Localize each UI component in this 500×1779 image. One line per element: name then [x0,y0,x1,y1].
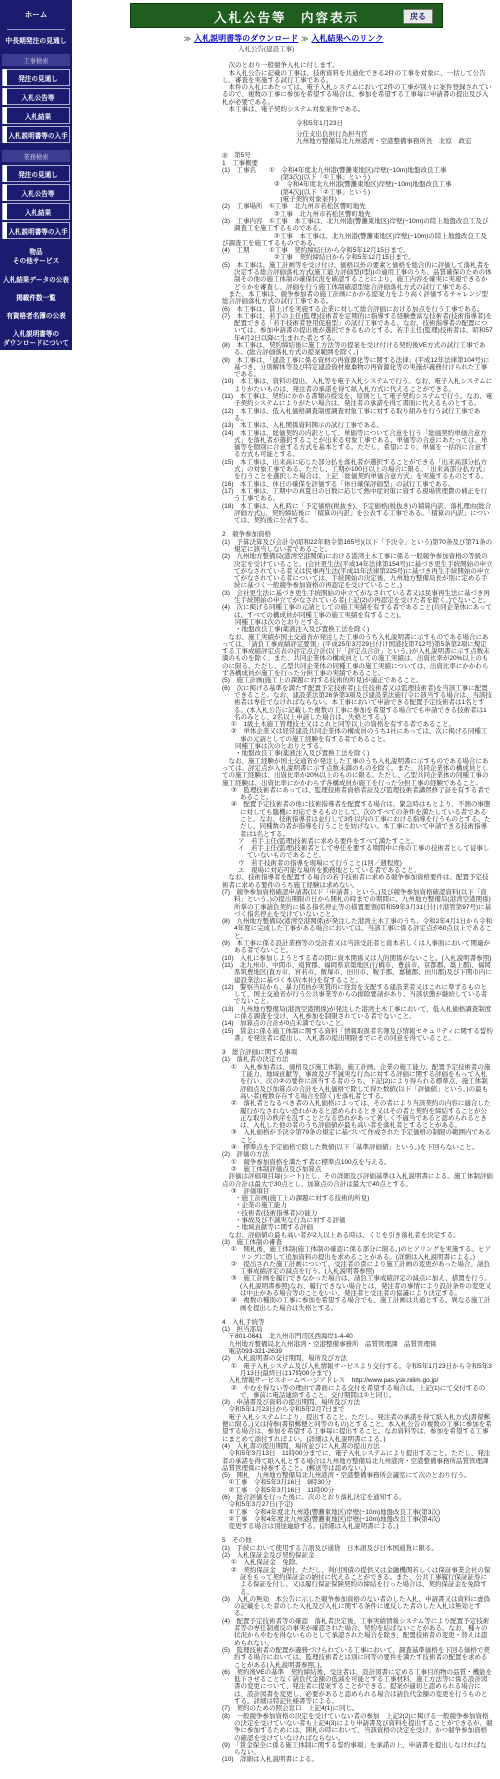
document-line: ① 開札後、施工体制(施工体制の確認に係る部分に限る。)のヒアリングを実施する。… [222,1246,493,1261]
document-line: 分任支出負担行為担当官 [296,131,493,138]
document-line: ②工事 契約締結日から令和5年12月15日まで。 [222,254,493,261]
document-spacer [222,145,493,152]
document-body: 次のとおり一般競争入札に付します。 本入札公告に記載の工事は、技術資料を共通化で… [222,62,493,1763]
document-line: (3) 入札の無効 本公告に示した競争参加資格のない者のした入札、申請書又は資料… [222,1596,493,1618]
document-line: (11) 北九州市、中間市、遠賀郡、福岡県京築地区(行橋市、豊前市、京都郡、築上… [222,962,493,984]
document-line: 令和5年1月23日 [296,120,493,127]
document-line: (10) 本工事は、資料の提出、入札等を電子入札システムで行う。なお、電子入札シ… [222,378,493,393]
document-line: (9) 本工事に係る設計業務等の受託者又は当該受託者と資本若しくは人事面において… [222,940,493,955]
document-line: また、本工事は、競争参加者の施工計画にかかる提案力をより高く評価するチャレンジ型… [222,291,493,306]
document-line: ① 入札保証金 免除。 [222,1559,493,1566]
sidebar-item-marker-icon [3,184,7,201]
document-line: (14) 本工事は、総価契約の内訳として、単価等について合意を行う「総価契約単価… [222,430,493,459]
document-line: (1) 予算決算及び会計令(昭和22年勅令第165号)(以下「予決令」という)第… [222,539,493,554]
document-line: (17) 本工事は、工期中の真夏日の日数に応じて熱中症対策に資する現場管理費の補… [222,488,493,503]
document-line: (16) 本工事は、休日の確保を評価する「休日確保評価型」の試行工事である。 [222,481,493,488]
sidebar-item-label: 入札説明書等の入手 [8,133,67,140]
document-line: (12) 警察当局から、暴力団員が実質的に経営を支配する建設業者又はこれに準ずる… [222,984,493,1006]
document-line: ・地域貢献等に関する評価 [222,1224,493,1231]
sidebar-section-header: 業務検索 [2,150,70,162]
document-line: (6) 本工事は、賃上げを実施する企業に対して総合評価における加点を行う工事であ… [222,306,493,313]
document-line: (1) 手続において使用する言語及び通貨 日本語及び日本国通貨に限る。 [222,1545,493,1552]
document-line: ② 提出された施工計画について、受注者の責により施工計画の変更があった場合、請負… [222,1261,493,1276]
document-line: ① 入札参加者は、価格及び施工体制、施工計画、企業の施工能力、配置予定技術者の施… [222,1064,493,1100]
document-line: (5) 監理技術者の配置が義務づけられている工事において、調査基準価格を下回る価… [222,1647,493,1669]
page: ホーム 中長期発注の見通し 工事検索発注の見通し入札公告等入札結果入札説明書等の… [0,0,500,1779]
sidebar-item[interactable]: 発注の見通し [2,165,70,182]
document-line: 本件の入札にあたっては、電子入札システムにおいて2件の工事が別々に案件登録されて… [222,84,493,106]
link-arrow-icon: ≫ [184,36,191,43]
document-line: (1) 落札者の決定方法 [222,1056,493,1063]
document-line: (14) 加算点の合計が0点未満でないこと。 [222,1020,493,1027]
sidebar-item-label: 発注の見通し [18,172,58,179]
document-line: ①工事 令和5年3月16日 9時30分 [222,1479,493,1486]
document-line: (12) 本工事は、低入札価格調査制度調査対象工事に対する取り組みを行う試行工事… [222,408,493,423]
sidebar-item[interactable]: 入札公告等 [2,184,70,201]
sidebar-link[interactable]: 入札結果データの公表 [1,276,71,285]
quick-links: ≫入札説明書等のダウンロード≫入札結果へのリンク [72,33,492,44]
document-line: (2) 工事場所 ①工事 北九州市若松区響町地先 [222,203,493,210]
document-line: (15) 賃金に係る施工体制に関する資料「情報取扱者名簿及び情報セキュリティに関… [222,1028,493,1043]
document-heading: 入札公告(建設工事) [238,46,493,53]
sidebar-item-label: 入札公告等 [22,95,55,102]
document-line: なお、施工実績が国土交通省が発注した工事のうち入札説明書に示すものである場合にあ… [222,634,493,678]
sidebar-item-marker-icon [3,203,7,220]
sidebar-item[interactable]: 入札結果 [2,203,70,220]
quick-link[interactable]: 入札説明書等のダウンロード [194,34,298,43]
document-line: 変更する場合は別途連絡する。(詳細は入札説明書による。) [222,1523,493,1530]
document-line: ③ 施工計画を履行できなかった場合は、請負工事成績評定の減点に加え、措置を行う。… [222,1275,493,1297]
sidebar-section-header: 工事検索 [2,54,70,66]
document-line: 九州地方整備局北九州港湾・空港整備事務所 品質管理課 品質管理係 [222,1341,493,1348]
sidebar-groups: 工事検索発注の見通し入札公告等入札結果入札説明書等の入手業務検索発注の見通し入札… [0,54,72,239]
document-line: 入札情報サービスホームページアドレス http://www.pas.ysk.ni… [222,1377,493,1384]
document-line: (6) 契約後VEの基準 契約締結後、受注者は、設計図書に定める工事目的物の品質… [222,1669,493,1705]
document-line: 次のとおり一般競争入札に付します。 [222,62,493,69]
sidebar-item-midterm-outlook[interactable]: 中長期発注の見通し [1,37,71,46]
document-line: イ 若手主任(監理)技術者として専任を要する期間中に他の工事の技術者として従事し… [222,845,493,860]
sidebar-item-marker-icon [3,88,7,105]
document-spacer [222,1312,493,1319]
sidebar-item-marker-icon [3,165,7,182]
document-line: (2) 九州地方整備局(港湾空港関係)における港湾土木工事に係る一般競争参加資格… [222,553,493,589]
document-line: ・地盤改良工事(薬液注入及び置換工法を除く) [222,750,493,757]
document-line: ③ 入札価格が予決令第79条の規定に基づいて作成された予定価格の制限の範囲内であ… [222,1129,493,1144]
document-line: (5) 本工事は、施工計画等を受け付け、価格以外の要素と価格を総合的に評価して落… [222,262,493,291]
sidebar-item[interactable]: 入札説明書等の入手 [2,222,70,239]
document-line: (4) 次に掲げる同種工事の元請としての施工実績を有する者であること(共同企業体… [222,604,493,619]
document-line: ② 落札者となるべき者の入札価格によっては、その者により当該契約の内容に適合した… [222,1100,493,1129]
document-line: ・技術者(技術指導者)の能力 [222,1210,493,1217]
document-line: (2) 評価の方法 [222,1151,493,1158]
sidebar-item-label: 入札説明書等の入手 [8,229,67,236]
document-line: ② 単体企業又は経常建設共同企業体の構成員のうち1社にあっては、次に掲げる同種工… [222,728,493,743]
document-line: 令和5年1月23日から令和5年2月7日まで [222,1406,493,1413]
document-line: ④ 配置予定技術者の他に技術指導者を配置する場合は、緊急時はもとより、不測の事態… [222,801,493,837]
sidebar-item-label: 発注の見通し [18,76,58,83]
document-line: (4) 配置予定技術者等の確認 落札者決定後、工事実績情報システム等により配置予… [222,1618,493,1647]
document-line: 令和5年3月13日 11時00分までに、電子入札システムにより提出すること。ただ… [222,1450,493,1472]
document-line: ①工事 令和4年度北九州港(響灘東地区)岸壁(−10m)地盤改良工事(第3次) [222,1509,493,1516]
document-line: 電子入札システムにより、提出すること。ただし、発注者の承諾を得て紙入札方式(書留… [222,1414,493,1443]
sidebar-item[interactable]: 発注の見通し [2,69,70,86]
document-line: (9) 「賃金保全に係る施工体制に関する誓約事項」を承諾の上、申請書を提出しなけ… [222,1742,493,1757]
document-line: (第4次)(以下「②工事」という) [222,189,493,196]
document-line: ② 令和4年度北九州港(響灘東地区)岸壁(−10m)地盤改良工事 [222,181,493,188]
document-line: なお、技術指導者を配置する場合の若手技術者に求める競争参加資格要件は、配置予定技… [222,874,493,889]
sidebar-item-home[interactable]: ホーム [0,0,72,20]
document-line: (7) 競争参加資格確認申請書(以下「申請書」という。)及び競争参加資格確認資料… [222,889,493,918]
back-button[interactable]: 戻る [403,9,433,24]
sidebar-item-marker-icon [3,222,7,239]
document-line: (6) 次に掲げる基準を満たす配置予定技術者(主任技術者又は監理技術者)を当該工… [222,685,493,721]
document-line: 5 その他 [222,1537,493,1544]
document-line: 1 工事概要 [222,160,493,167]
document-line: (13) 九州地方整備局(港湾空港関係)が発注した港湾土木工事において、低入札価… [222,1006,493,1021]
document-line: ②工事 令和5年3月16日 11時00分 [222,1487,493,1494]
document-line: なお、施工経験が国土交通省が発注した工事のうち入札説明書に示すものである場合にあ… [222,758,493,787]
document-line: 2 競争参加資格 [222,531,493,538]
document-line: ④ 複数の種別の工事に参加を希望する場合でも、施工計画は共通とする。異なる施工計… [222,1297,493,1312]
sidebar-item[interactable]: 入札結果 [2,107,70,124]
sidebar-item[interactable]: 入札公告等 [2,88,70,105]
sidebar-item[interactable]: 入札説明書等の入手 [2,126,70,143]
document-line: ・地盤改良工事(薬液注入及び置換工法を除く) [222,626,493,633]
document-line: 4 入札手続等 [222,1319,493,1326]
document-line: (10) 入札に参加しようとする者の間に資本関係又は人的関係がないこと。(入札説… [222,955,493,962]
document-line: 本入札公告に記載の工事は、技術資料を共通化できる2件の工事を対象に、一括して公告… [222,70,493,85]
title-bar: 入札公告等 内容表示 戻る [130,3,443,28]
quick-link[interactable]: 入札結果へのリンク [311,34,383,43]
document-line: (13) 本工事は、入札関係資料開示の試行工事である。 [222,422,493,429]
document-spacer [222,113,493,120]
document-line: (7) 本工事は、若手の主任(監理)技術者を定期的に指導する経験豊富な技術者(技… [222,313,493,342]
document-line: (3) 会社更生法に基づき更生手続開始の申立てがなされている者又は民事再生法に基… [222,590,493,605]
sidebar-item-marker-icon [3,126,7,143]
document-line: (11) 本工事は、契約にかかる書類の授受を、原則として電子契約システムで行う。… [222,393,493,408]
sidebar: ホーム 中長期発注の見通し 工事検索発注の見通し入札公告等入札結果入札説明書等の… [0,0,72,350]
document-line: (8) 九州地方整備局(港湾空港関係)が発注した港湾土木工事のうち、令和2年4月… [222,918,493,940]
sidebar-item-marker-icon [3,69,7,86]
document-line: (15) 本工事は、出来高に応じた部分払を落札者が選択することができる「出来高部… [222,459,493,481]
sidebar-item-label: 入札公告等 [22,191,55,198]
document-line: ◎ 第5号 [222,152,493,159]
document-line: 本工事は、電子契約システム対象案件である。 [222,106,493,113]
sidebar-link[interactable]: 港湾空港関連以外 (ポータルサイト) [1,358,71,376]
sidebar-link[interactable]: 有資格者名簿の公表 [1,312,71,321]
document-line: ③ 監理技術者にあっては、監理技術者資格者証及び監理技術者講習修了証を有する者で… [222,787,493,802]
document-line: 評価は評価項目毎(シート)とし、その詳細及び評価基準は入札説明書による。施工体制… [222,1173,493,1188]
document-line: (10) 詳細は入札説明書による。 [222,1756,493,1763]
sidebar-link[interactable]: 入札説明書等の ダウンロードについて [1,330,71,348]
link-arrow-icon: ≫ [301,36,308,43]
document-line: (18) 本工事は、入札時に「予定価格(税抜き)、予定価格(税抜き)の積算内訳、… [222,503,493,525]
document-line: なお、評価値の最も高い者が2人以上ある時は、くじを引き落札者を決定する。 [222,1232,493,1239]
sidebar-links: 物品 その他サービス入札結果データの公表掲載件数一覧有資格者名簿の公表入札説明書… [0,248,72,394]
document-line: ② やむを得ない等の理由で書面による交付を希望する場合は、上記(1)にて交付する… [222,1385,493,1400]
document-line: ②工事 本工事は、北九州港(響灘東地区)岸壁(−10m)の陸上地盤改良工及び調査… [222,233,493,248]
sidebar-item-label: 入札結果 [25,210,51,217]
document-line: (2) 入札説明書の交付期間、場所及び方法 [222,1355,493,1362]
document-line: (3) 工事内容 ①工事 本工事は、北九州港(響灘東地区)岸壁(−10m)の陸上… [222,218,493,233]
document-line: (7) 契約のための照会窓口 上記4(1)に同じ。 [222,1705,493,1712]
document-line: ウ 若手技術者の指導を現場にて行うこと(1回／週程度) [222,860,493,867]
document-line: ② 契約保証金 納付。ただし、利付国債の提供又は金融機関若しくは保証事業会社の保… [222,1567,493,1596]
document-line: (8) 本工事は、契約締結後に施工方法等の提案を受け付ける契約後VE方式の試行工… [222,342,493,357]
document-line: (5) 施工計画(施工上の課題に対する技術的所見)が適正であること。 [222,677,493,684]
document-line: (8) 一般競争参加資格の決定を受けていない者の参加 上記2(2)に掲げる一般競… [222,1713,493,1742]
document-line: ① 競争参加資格を満たす者に標準点100点を与える。 [222,1159,493,1166]
sidebar-link[interactable]: 掲載件数一覧 [1,294,71,303]
document-line: ① 電子入札システム及び入札情報サービスより交付する。令和5年1月23日から令和… [222,1363,493,1378]
sidebar-link[interactable]: 物品 その他サービス [1,248,71,266]
document-line: 〒801-0841 北九州市門司区西海岸1-4-40 [222,1333,493,1340]
document-spacer [222,1530,493,1537]
document-line: ・企業の施工能力 [222,1202,493,1209]
document-line: ②工事 北九州市若松区響町地先 [222,211,493,218]
sidebar-link[interactable]: ヘルプ [1,385,71,394]
bid-notice-document: 入札公告(建設工事) 次のとおり一般競争入札に付します。 本入札公告に記載の工事… [222,46,493,1764]
sidebar-divider [7,29,65,30]
document-line: 九州地方整備局北九州港湾・空港整備事務所長 北原 政宏 [296,138,493,145]
document-line: (9) 本工事は、「建設工事に係る資材の再資源化等に関する法律」(平成12年法律… [222,357,493,379]
page-title: 入札公告等 内容表示 [131,8,442,26]
sidebar-item-marker-icon [3,107,7,124]
document-line: 令和5年3月27日(予定) [222,1501,493,1508]
sidebar-item-label: 入札結果 [25,114,51,121]
